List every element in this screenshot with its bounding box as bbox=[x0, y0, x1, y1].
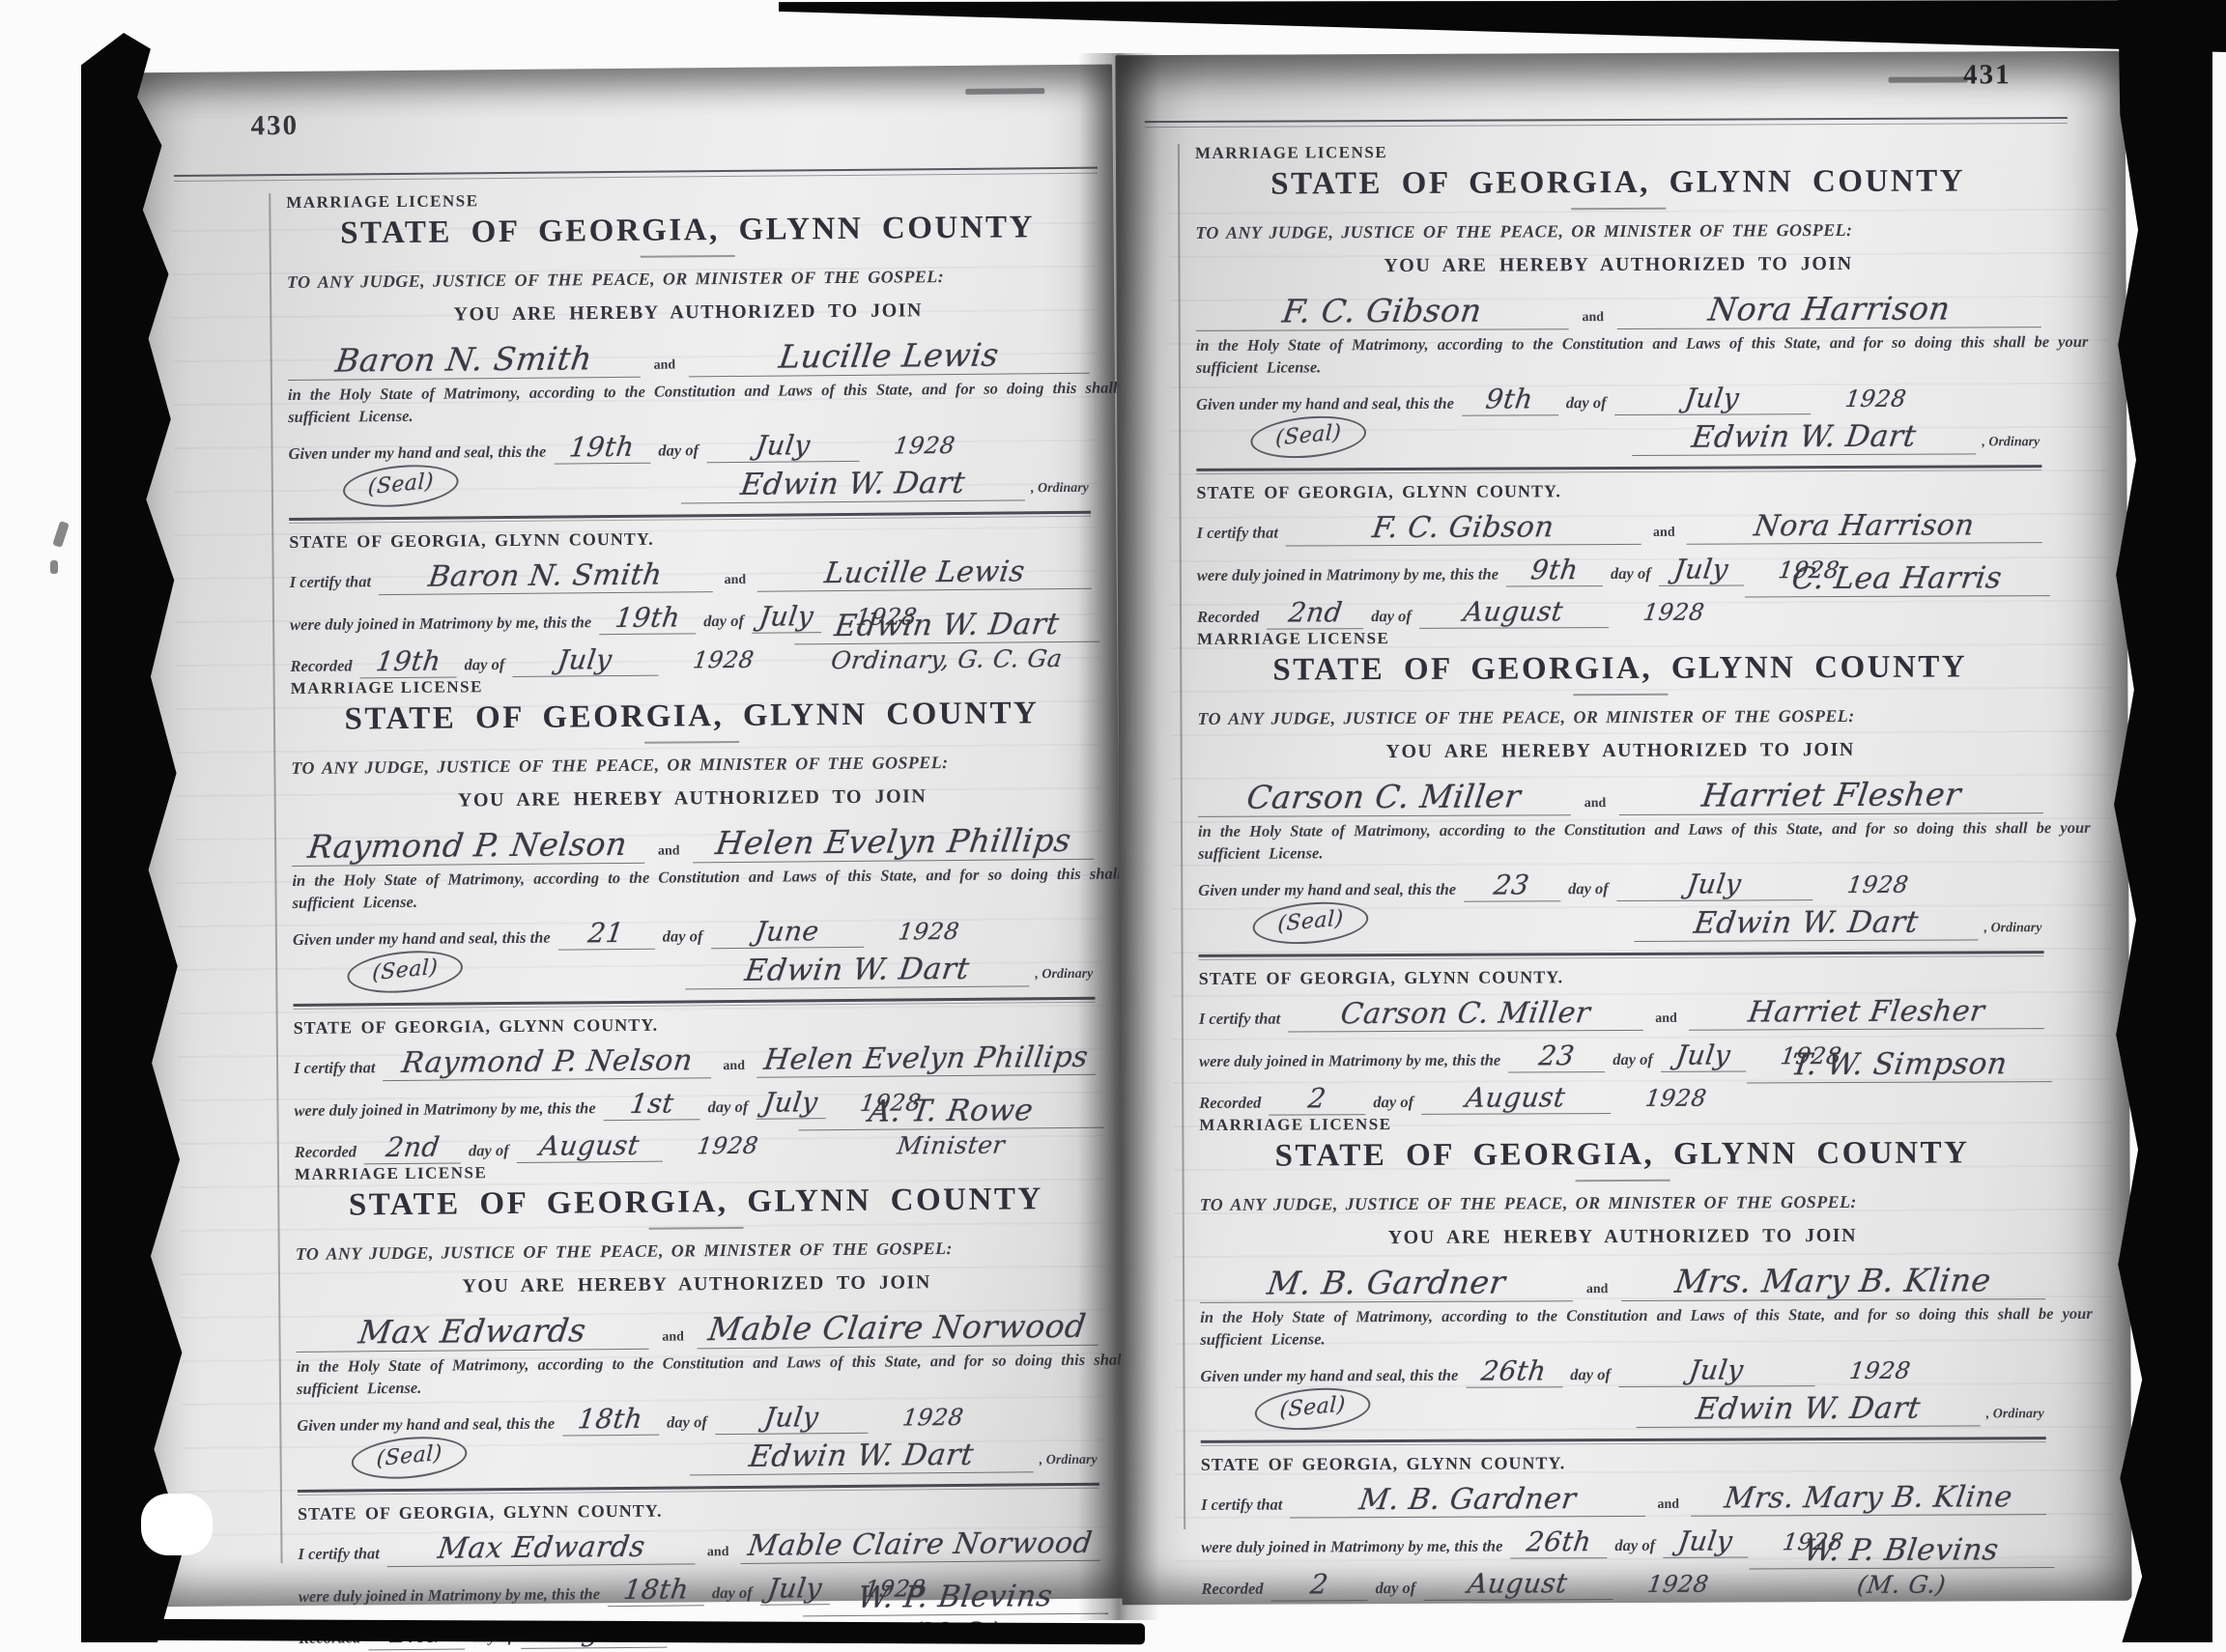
seal-mark: (Seal) bbox=[1251, 897, 1371, 949]
marriage-certificate: STATE OF GEORGIA, GLYNN COUNTY. I certif… bbox=[1196, 479, 2042, 630]
recorded-year: 1928 bbox=[1643, 1085, 1708, 1112]
and-label: and bbox=[703, 1545, 733, 1560]
recorded-day: 19th bbox=[374, 645, 442, 678]
bride-name: Helen Evelyn Phillips bbox=[713, 821, 1073, 862]
and-label: and bbox=[721, 573, 751, 588]
page-content: MARRIAGE LICENSE STATE OF GEORGIA, GLYNN… bbox=[269, 186, 1099, 1563]
salutation-line: TO ANY JUDGE, JUSTICE OF THE PEACE, OR M… bbox=[1195, 219, 2040, 243]
couple-names-row: Baron N. Smith and Lucille Lewis bbox=[288, 335, 1090, 381]
seal-and-signature-row: (Seal) Edwin W. Dart , Ordinary bbox=[293, 946, 1095, 993]
married-day-line: 23 bbox=[1508, 1040, 1605, 1072]
ordinary-signature-block: Edwin W. Dart , Ordinary bbox=[1632, 418, 2040, 456]
couple-names-row: Raymond P. Nelson and Helen Evelyn Phill… bbox=[292, 821, 1094, 867]
ordinary-signature-block: Edwin W. Dart , Ordinary bbox=[1634, 904, 2041, 942]
married-month: July bbox=[1676, 1525, 1735, 1557]
joined-prefix: were duly joined in Matrimony by me, thi… bbox=[294, 1098, 595, 1121]
officiant-signature: W. P. Blevins bbox=[856, 1579, 1055, 1615]
groom-name-line: F. C. Gibson bbox=[1196, 291, 1569, 331]
cert-groom-name: Raymond P. Nelson bbox=[400, 1043, 695, 1080]
bride-name-line: Lucille Lewis bbox=[689, 335, 1090, 378]
recorded-month: August bbox=[1462, 595, 1565, 627]
license-month-line: June bbox=[710, 915, 864, 949]
day-of-label: day of bbox=[658, 441, 699, 460]
marriage-certificate: STATE OF GEORGIA, GLYNN COUNTY. I certif… bbox=[1201, 1451, 2047, 1602]
certify-names-row: I certify that Max Edwards and Mable Cla… bbox=[298, 1526, 1099, 1568]
license-month-line: July bbox=[1613, 382, 1811, 415]
marriage-date-row: were duly joined in Matrimony by me, thi… bbox=[1201, 1524, 1843, 1560]
license-day-line: 21 bbox=[558, 917, 655, 951]
record-heading: STATE OF GEORGIA, GLYNN COUNTY bbox=[1199, 1135, 2044, 1175]
license-day-line: 19th bbox=[554, 431, 650, 465]
license-month: July bbox=[1687, 1353, 1746, 1385]
license-day: 9th bbox=[1484, 383, 1535, 414]
license-day: 18th bbox=[576, 1403, 644, 1436]
recorded-day: 2nd bbox=[1286, 596, 1344, 628]
cert-bride-name: Harriet Flesher bbox=[1746, 994, 1986, 1029]
certificate-heading: STATE OF GEORGIA, GLYNN COUNTY. bbox=[294, 1011, 1096, 1039]
recorded-day: 2nd bbox=[384, 1131, 442, 1164]
ordinary-signature: Edwin W. Dart bbox=[743, 952, 972, 988]
recorded-year: 1928 bbox=[1645, 1571, 1710, 1598]
recorded-date-row: Recorded 19th day of July 1928 bbox=[290, 642, 754, 679]
groom-name: Baron N. Smith bbox=[333, 339, 594, 379]
officiant-signature-line: T. W. Simpson bbox=[1747, 1046, 2052, 1083]
certify-prefix: I certify that bbox=[294, 1058, 375, 1078]
recorded-month-line: August bbox=[1421, 1081, 1611, 1115]
recorded-month: August bbox=[1464, 1081, 1567, 1113]
license-month: July bbox=[754, 429, 812, 462]
cert-groom-line: Baron N. Smith bbox=[379, 557, 713, 595]
couple-names-row: F. C. Gibson and Nora Harrison bbox=[1196, 289, 2041, 331]
seal-and-signature-row: (Seal) Edwin W. Dart , Ordinary bbox=[1198, 899, 2043, 944]
recorded-day-line: 2nd bbox=[364, 1130, 461, 1164]
authorization-line: YOU ARE HEREBY AUTHORIZED TO JOIN bbox=[287, 299, 1089, 328]
and-label: and bbox=[1649, 526, 1679, 541]
given-prefix: Given under my hand and seal, this the bbox=[293, 928, 551, 950]
joined-prefix: were duly joined in Matrimony by me, thi… bbox=[299, 1584, 600, 1607]
day-of-label: day of bbox=[1570, 1365, 1611, 1384]
license-day-line: 23 bbox=[1464, 869, 1560, 901]
day-of-label: day of bbox=[1566, 393, 1607, 413]
married-day: 19th bbox=[614, 601, 682, 634]
license-month-line: July bbox=[1616, 868, 1813, 901]
married-day-line: 9th bbox=[1506, 554, 1603, 586]
cert-groom-line: M. B. Gardner bbox=[1290, 1482, 1645, 1519]
seal-and-signature-row: (Seal) Edwin W. Dart , Ordinary bbox=[1201, 1385, 2046, 1430]
section-divider-rule bbox=[298, 1483, 1099, 1495]
given-prefix: Given under my hand and seal, this the bbox=[1196, 394, 1454, 414]
day-of-label: day of bbox=[703, 612, 744, 631]
ordinary-signature: Edwin W. Dart bbox=[739, 466, 968, 502]
bride-name-line: Helen Evelyn Phillips bbox=[693, 821, 1094, 864]
marriage-license-label: MARRIAGE LICENSE bbox=[1195, 140, 2040, 163]
license-date-row: Given under my hand and seal, this the 9… bbox=[1196, 381, 2041, 417]
certify-prefix: I certify that bbox=[298, 1544, 379, 1564]
seal-word: (Seal) bbox=[376, 1441, 442, 1472]
certify-names-row: I certify that F. C. Gibson and Nora Har… bbox=[1197, 508, 2042, 547]
recorded-month-line: July bbox=[512, 643, 658, 677]
register-book-spread: 430 MARRIAGE LICENSE STATE OF GEORGIA, G… bbox=[124, 53, 2128, 1620]
officiant-title: Ordinary, G. C. Ga bbox=[830, 644, 1065, 674]
married-day: 1st bbox=[628, 1088, 675, 1120]
authorization-line: YOU ARE HEREBY AUTHORIZED TO JOIN bbox=[1198, 738, 2043, 764]
ordinary-signature-line: Edwin W. Dart bbox=[685, 951, 1029, 989]
seal-mark: (Seal) bbox=[1253, 1383, 1373, 1435]
recorded-month: August bbox=[538, 1129, 642, 1162]
seal-and-signature-row: (Seal) Edwin W. Dart , Ordinary bbox=[297, 1432, 1099, 1479]
officiant-signature: W. P. Blevins bbox=[1802, 1532, 2001, 1568]
cert-bride-line: Helen Evelyn Phillips bbox=[756, 1040, 1096, 1078]
day-of-label: day of bbox=[1611, 564, 1651, 584]
bride-name-line: Mrs. Mary B. Kline bbox=[1621, 1261, 2045, 1301]
marriage-record: MARRIAGE LICENSE STATE OF GEORGIA, GLYNN… bbox=[1197, 626, 2044, 1116]
margin-artifact bbox=[50, 560, 58, 574]
certify-prefix: I certify that bbox=[1199, 1010, 1280, 1029]
given-prefix: Given under my hand and seal, this the bbox=[288, 442, 546, 464]
certify-prefix: I certify that bbox=[1201, 1495, 1282, 1515]
seal-mark: (Seal) bbox=[1249, 412, 1369, 463]
married-month: July bbox=[1671, 554, 1730, 585]
cert-bride-line: Nora Harrison bbox=[1687, 508, 2042, 545]
page-number-left: 430 bbox=[250, 110, 299, 142]
groom-name: Raymond P. Nelson bbox=[306, 825, 630, 866]
ordinary-signature: Edwin W. Dart bbox=[1692, 905, 1921, 941]
seal-word: (Seal) bbox=[1275, 420, 1342, 450]
certificate-heading: STATE OF GEORGIA, GLYNN COUNTY. bbox=[1201, 1451, 2046, 1475]
recorded-label: Recorded bbox=[290, 656, 352, 676]
day-of-label: day of bbox=[465, 655, 505, 674]
married-day-line: 26th bbox=[1510, 1525, 1607, 1558]
certify-names-row: I certify that Raymond P. Nelson and Hel… bbox=[294, 1040, 1096, 1082]
certificate-heading: STATE OF GEORGIA, GLYNN COUNTY. bbox=[1199, 965, 2044, 989]
officiant-title: (M. G.) bbox=[1856, 1571, 1948, 1599]
marriage-record: MARRIAGE LICENSE STATE OF GEORGIA, GLYNN… bbox=[286, 186, 1092, 679]
married-day: 9th bbox=[1528, 554, 1580, 585]
cert-groom-line: Max Edwards bbox=[387, 1529, 696, 1567]
recorded-month: July bbox=[556, 643, 614, 676]
certificate-heading: STATE OF GEORGIA, GLYNN COUNTY. bbox=[289, 526, 1091, 553]
officiant-signature-block: C. Lea Harris bbox=[1753, 560, 2042, 599]
page-number-right: 431 bbox=[1963, 59, 2012, 91]
printer-mark bbox=[1889, 76, 1968, 82]
seal-and-signature-row: (Seal) Edwin W. Dart , Ordinary bbox=[1196, 413, 2041, 458]
marriage-license-label: MARRIAGE LICENSE bbox=[1199, 1112, 2044, 1135]
license-day: 21 bbox=[586, 917, 626, 949]
license-date-row: Given under my hand and seal, this the 2… bbox=[1198, 867, 2043, 903]
groom-name: Carson C. Miller bbox=[1245, 777, 1524, 815]
record-heading: STATE OF GEORGIA, GLYNN COUNTY bbox=[291, 696, 1093, 738]
salutation-line: TO ANY JUDGE, JUSTICE OF THE PEACE, OR M… bbox=[1200, 1191, 2045, 1215]
and-label: and bbox=[1581, 796, 1611, 812]
page-431: 431 MARRIAGE LICENSE STATE OF GEORGIA, G… bbox=[1116, 51, 2132, 1606]
cert-bride-name: Nora Harrison bbox=[1752, 508, 1976, 543]
certify-names-row: I certify that Carson C. Miller and Harr… bbox=[1199, 994, 2044, 1033]
cert-bride-line: Lucille Lewis bbox=[757, 555, 1092, 592]
recorded-date-row: Recorded 2 day of August 1928 bbox=[1201, 1567, 1708, 1602]
recorded-label: Recorded bbox=[1197, 608, 1259, 627]
section-divider-rule bbox=[1201, 1437, 2046, 1446]
sufficient-license-line: sufficient License. bbox=[288, 401, 1090, 427]
day-of-label: day of bbox=[708, 1097, 749, 1117]
married-month-line: July bbox=[1659, 553, 1744, 585]
married-day-line: 18th bbox=[608, 1573, 704, 1607]
recorded-label: Recorded bbox=[1201, 1580, 1263, 1599]
recorded-day-line: 2 bbox=[1270, 1568, 1367, 1601]
officiant-signature-line: A. T. Rowe bbox=[798, 1093, 1103, 1131]
seal-word: (Seal) bbox=[1277, 906, 1344, 936]
sufficient-license-line: sufficient License. bbox=[1198, 840, 2043, 864]
scan-glare-spot bbox=[141, 1494, 213, 1555]
ordinary-signature: Edwin W. Dart bbox=[1690, 419, 1919, 455]
recorded-year: 1928 bbox=[1641, 599, 1706, 626]
ordinary-signature-line: Edwin W. Dart bbox=[1634, 904, 1978, 942]
officiant-signature-line: W. P. Blevins bbox=[803, 1579, 1108, 1617]
married-day-line: 19th bbox=[599, 601, 696, 635]
cert-groom-line: Raymond P. Nelson bbox=[383, 1043, 711, 1081]
license-year: 1928 bbox=[1843, 385, 1908, 413]
ordinary-title-label: , Ordinary bbox=[1984, 921, 2042, 936]
ordinary-signature: Edwin W. Dart bbox=[747, 1438, 976, 1474]
recorded-label: Recorded bbox=[295, 1142, 357, 1162]
couple-names-row: Carson C. Miller and Harriet Flesher bbox=[1198, 775, 2043, 817]
license-month: July bbox=[1685, 868, 1744, 899]
day-of-label: day of bbox=[469, 1141, 509, 1160]
seal-mark: (Seal) bbox=[341, 460, 461, 511]
bride-name: Lucille Lewis bbox=[777, 336, 1001, 376]
couple-names-row: M. B. Gardner and Mrs. Mary B. Kline bbox=[1200, 1261, 2045, 1303]
officiant-signature-block: T. W. Simpson bbox=[1755, 1046, 2044, 1085]
bride-name-line: Nora Harrison bbox=[1617, 289, 2041, 329]
cert-groom-name: F. C. Gibson bbox=[1371, 510, 1556, 545]
married-month-line: July bbox=[1661, 1039, 1746, 1071]
officiant-signature-line: C. Lea Harris bbox=[1745, 560, 2050, 597]
license-day-line: 9th bbox=[1462, 383, 1558, 415]
seal-and-signature-row: (Seal) Edwin W. Dart , Ordinary bbox=[289, 460, 1091, 507]
marriage-record: MARRIAGE LICENSE STATE OF GEORGIA, GLYNN… bbox=[1199, 1112, 2046, 1602]
cert-bride-name: Lucille Lewis bbox=[822, 555, 1027, 590]
joined-prefix: were duly joined in Matrimony by me, thi… bbox=[290, 612, 591, 635]
cert-bride-name: Mrs. Mary B. Kline bbox=[1723, 1480, 2015, 1515]
license-month: June bbox=[753, 915, 820, 948]
and-label: and bbox=[1578, 310, 1608, 326]
license-month-line: July bbox=[706, 429, 860, 463]
day-of-label: day of bbox=[1612, 1050, 1653, 1069]
cert-bride-name: Helen Evelyn Phillips bbox=[762, 1040, 1091, 1077]
seal-mark: (Seal) bbox=[350, 1432, 470, 1483]
record-heading: STATE OF GEORGIA, GLYNN COUNTY bbox=[286, 210, 1088, 252]
heading-underline bbox=[644, 741, 739, 744]
officiant-signature: Edwin W. Dart bbox=[833, 607, 1062, 643]
recorded-date-row: Recorded 2nd day of August 1928 bbox=[1197, 595, 1704, 630]
heading-underline bbox=[1573, 694, 1668, 696]
certify-prefix: I certify that bbox=[1197, 524, 1278, 543]
sufficient-license-line: sufficient License. bbox=[1200, 1326, 2045, 1350]
section-divider-rule bbox=[289, 511, 1091, 524]
and-label: and bbox=[1653, 1497, 1683, 1513]
marriage-license-label: MARRIAGE LICENSE bbox=[286, 186, 1088, 213]
ordinary-title-label: , Ordinary bbox=[1031, 481, 1089, 498]
certify-prefix: I certify that bbox=[290, 572, 371, 592]
recorded-day-line: 19th bbox=[359, 644, 456, 678]
and-label: and bbox=[1583, 1282, 1612, 1297]
officiant-signature: C. Lea Harris bbox=[1790, 560, 2005, 596]
groom-name-line: Max Edwards bbox=[296, 1311, 648, 1353]
officiant-title: Minister bbox=[896, 1131, 1007, 1160]
cert-groom-name: Max Edwards bbox=[436, 1530, 647, 1566]
marriage-certificate: STATE OF GEORGIA, GLYNN COUNTY. I certif… bbox=[289, 526, 1092, 679]
ordinary-signature-block: Edwin W. Dart , Ordinary bbox=[685, 951, 1093, 990]
sufficient-license-line: sufficient License. bbox=[293, 887, 1095, 913]
margin-artifact bbox=[52, 521, 70, 548]
ordinary-signature-block: Edwin W. Dart , Ordinary bbox=[690, 1437, 1098, 1476]
recorded-year: 1928 bbox=[696, 1132, 760, 1160]
day-of-label: day of bbox=[1373, 1093, 1413, 1112]
section-divider-rule bbox=[1196, 465, 2041, 474]
cert-bride-name: Mable Claire Norwood bbox=[746, 1526, 1095, 1563]
license-year: 1928 bbox=[900, 1404, 965, 1432]
joined-prefix: were duly joined in Matrimony by me, thi… bbox=[1197, 565, 1498, 585]
page-top-rule bbox=[174, 167, 1098, 182]
page-content: MARRIAGE LICENSE STATE OF GEORGIA, GLYNN… bbox=[1178, 140, 2046, 1529]
groom-name: F. C. Gibson bbox=[1280, 292, 1484, 330]
and-label: and bbox=[654, 843, 684, 859]
marriage-record: MARRIAGE LICENSE STATE OF GEORGIA, GLYNN… bbox=[295, 1158, 1100, 1642]
recorded-day-line: 2nd bbox=[1267, 596, 1363, 629]
recorded-year: 1928 bbox=[691, 646, 756, 674]
seal-mark: (Seal) bbox=[345, 946, 465, 997]
married-day: 18th bbox=[621, 1573, 690, 1606]
license-year: 1928 bbox=[1847, 1357, 1912, 1384]
page-430: 430 MARRIAGE LICENSE STATE OF GEORGIA, G… bbox=[117, 65, 1126, 1608]
cert-bride-line: Mrs. Mary B. Kline bbox=[1691, 1480, 2046, 1517]
recorded-month: August bbox=[1467, 1567, 1570, 1599]
cert-groom-line: F. C. Gibson bbox=[1286, 510, 1641, 547]
scan-edge-top bbox=[779, 0, 2226, 52]
day-of-label: day of bbox=[1614, 1536, 1655, 1555]
day-of-label: day of bbox=[1568, 879, 1609, 898]
marriage-date-row: were duly joined in Matrimony by me, thi… bbox=[1197, 553, 1840, 588]
groom-name: M. B. Gardner bbox=[1265, 1264, 1507, 1302]
section-divider-rule bbox=[1199, 951, 2044, 960]
recorded-label: Recorded bbox=[1199, 1094, 1261, 1113]
authorization-line: YOU ARE HEREBY AUTHORIZED TO JOIN bbox=[1200, 1224, 2045, 1250]
license-day-line: 18th bbox=[562, 1403, 659, 1437]
salutation-line: TO ANY JUDGE, JUSTICE OF THE PEACE, OR M… bbox=[291, 752, 1093, 779]
married-day: 23 bbox=[1537, 1040, 1577, 1071]
heading-underline bbox=[649, 1227, 744, 1230]
bride-name: Harriet Flesher bbox=[1699, 775, 1963, 813]
authorization-line: YOU ARE HEREBY AUTHORIZED TO JOIN bbox=[296, 1270, 1098, 1299]
scan-edge-bottom bbox=[116, 1619, 1145, 1642]
record-heading: STATE OF GEORGIA, GLYNN COUNTY bbox=[295, 1182, 1097, 1224]
license-month-line: July bbox=[1618, 1353, 1815, 1387]
marriage-date-row: were duly joined in Matrimony by me, thi… bbox=[1199, 1039, 1841, 1074]
certificate-heading: STATE OF GEORGIA, GLYNN COUNTY. bbox=[298, 1497, 1099, 1524]
sufficient-license-line: sufficient License. bbox=[1196, 355, 2041, 378]
groom-name-line: Carson C. Miller bbox=[1198, 777, 1571, 817]
ordinary-title-label: , Ordinary bbox=[1982, 435, 2040, 450]
ordinary-signature-line: Edwin W. Dart bbox=[1632, 418, 1976, 456]
recorded-day-line: 2 bbox=[1269, 1082, 1365, 1115]
heading-underline bbox=[1575, 1180, 1669, 1182]
officiant-signature-line: W. P. Blevins bbox=[1749, 1532, 2054, 1569]
bride-name-line: Mable Claire Norwood bbox=[698, 1307, 1099, 1350]
salutation-line: TO ANY JUDGE, JUSTICE OF THE PEACE, OR M… bbox=[287, 266, 1089, 293]
heading-underline bbox=[1571, 208, 1666, 210]
ordinary-signature-line: Edwin W. Dart bbox=[1637, 1390, 1981, 1428]
page-top-rule bbox=[1145, 117, 2068, 128]
groom-name-line: Baron N. Smith bbox=[288, 339, 641, 381]
given-prefix: Given under my hand and seal, this the bbox=[1200, 1366, 1458, 1386]
couple-names-row: Max Edwards and Mable Claire Norwood bbox=[296, 1307, 1098, 1353]
bride-name: Nora Harrison bbox=[1706, 290, 1953, 328]
license-month-line: July bbox=[715, 1401, 869, 1435]
officiant-signature-block: A. T. Rowe Minister bbox=[806, 1093, 1097, 1161]
cert-groom-line: Carson C. Miller bbox=[1288, 996, 1643, 1033]
officiant-signature: T. W. Simpson bbox=[1789, 1046, 2010, 1082]
married-month: July bbox=[1674, 1040, 1733, 1071]
given-prefix: Given under my hand and seal, this the bbox=[1198, 880, 1456, 900]
heading-underline bbox=[641, 255, 735, 258]
day-of-label: day of bbox=[712, 1583, 753, 1603]
and-label: and bbox=[658, 1329, 688, 1345]
cert-bride-line: Mable Claire Norwood bbox=[740, 1526, 1099, 1564]
given-prefix: Given under my hand and seal, this the bbox=[297, 1414, 555, 1436]
ordinary-signature-line: Edwin W. Dart bbox=[681, 465, 1025, 503]
matrimony-clause: in the Holy State of Matrimony, accordin… bbox=[1196, 332, 2041, 356]
license-day: 26th bbox=[1480, 1354, 1549, 1386]
license-year: 1928 bbox=[893, 432, 957, 460]
cert-groom-name: Carson C. Miller bbox=[1339, 996, 1593, 1031]
license-day: 23 bbox=[1492, 869, 1531, 900]
day-of-label: day of bbox=[663, 926, 703, 946]
salutation-line: TO ANY JUDGE, JUSTICE OF THE PEACE, OR M… bbox=[296, 1238, 1098, 1265]
cert-groom-name: Baron N. Smith bbox=[427, 558, 665, 594]
married-day: 26th bbox=[1525, 1525, 1593, 1557]
printer-mark bbox=[965, 88, 1044, 95]
bride-name-line: Harriet Flesher bbox=[1619, 775, 2043, 815]
recorded-month-line: August bbox=[1419, 595, 1609, 629]
license-month: July bbox=[1683, 382, 1742, 413]
authorization-line: YOU ARE HEREBY AUTHORIZED TO JOIN bbox=[1195, 252, 2040, 278]
record-heading: STATE OF GEORGIA, GLYNN COUNTY bbox=[1197, 649, 2042, 689]
officiant-signature: A. T. Rowe bbox=[867, 1093, 1036, 1129]
bride-name: Mrs. Mary B. Kline bbox=[1673, 1261, 1994, 1299]
authorization-line: YOU ARE HEREBY AUTHORIZED TO JOIN bbox=[292, 784, 1094, 813]
license-year: 1928 bbox=[1845, 871, 1910, 898]
cert-groom-name: M. B. Gardner bbox=[1357, 1482, 1579, 1517]
ordinary-signature-block: Edwin W. Dart , Ordinary bbox=[1637, 1390, 2044, 1428]
ordinary-signature: Edwin W. Dart bbox=[1694, 1391, 1923, 1427]
recorded-month-line: August bbox=[517, 1129, 663, 1163]
groom-name: Max Edwards bbox=[357, 1311, 588, 1351]
day-of-label: day of bbox=[1376, 1579, 1416, 1598]
groom-name-line: Raymond P. Nelson bbox=[292, 825, 644, 867]
and-label: and bbox=[1651, 1011, 1681, 1027]
joined-prefix: were duly joined in Matrimony by me, thi… bbox=[1199, 1051, 1500, 1071]
license-year: 1928 bbox=[897, 918, 961, 946]
license-month: July bbox=[762, 1401, 820, 1434]
certify-names-row: I certify that Baron N. Smith and Lucill… bbox=[290, 555, 1092, 596]
officiant-signature-line: Edwin W. Dart bbox=[794, 607, 1099, 645]
marriage-license-label: MARRIAGE LICENSE bbox=[1197, 626, 2042, 649]
recorded-day: 2 bbox=[1308, 1568, 1330, 1600]
groom-name-line: M. B. Gardner bbox=[1200, 1263, 1573, 1303]
ordinary-title-label: , Ordinary bbox=[1986, 1407, 2044, 1422]
day-of-label: day of bbox=[1371, 607, 1412, 626]
recorded-date-row: Recorded 2nd day of August 1928 bbox=[295, 1128, 758, 1165]
day-of-label: day of bbox=[667, 1412, 707, 1432]
